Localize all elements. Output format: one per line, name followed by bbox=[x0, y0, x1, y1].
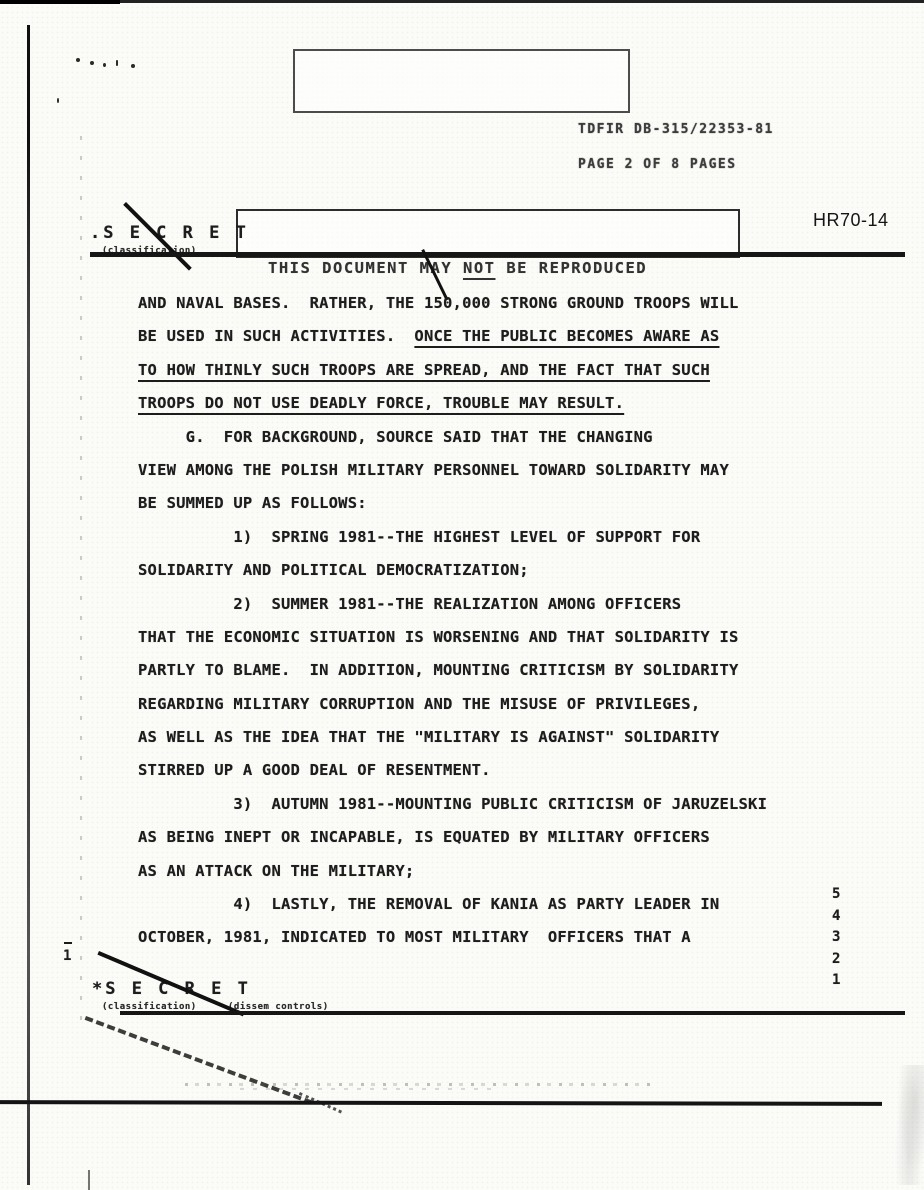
scan-noise-dot bbox=[131, 64, 135, 68]
document-line: AS BEING INEPT OR INCAPABLE, IS EQUATED … bbox=[138, 822, 838, 855]
scan-tick-bottom-left bbox=[88, 1170, 90, 1190]
text-segment: THIS DOCUMENT bbox=[268, 259, 420, 277]
scan-diagonal-streak bbox=[85, 1016, 313, 1104]
text-segment: 2) SUMMER 1981--THE REALIZATION AMONG OF… bbox=[138, 595, 681, 613]
text-segment: 3) AUTUMN 1981--MOUNTING PUBLIC CRITICIS… bbox=[138, 795, 767, 813]
scan-dotted-margin-line bbox=[80, 130, 82, 1020]
scan-top-edge-line bbox=[0, 0, 924, 3]
margin-number: 2 bbox=[832, 951, 840, 973]
document-line: VIEW AMONG THE POLISH MILITARY PERSONNEL… bbox=[138, 455, 838, 488]
text-segment: AS AN ATTACK ON THE MILITARY; bbox=[138, 862, 414, 880]
text-segment: AS BEING INEPT OR INCAPABLE, IS EQUATED … bbox=[138, 828, 710, 846]
text-segment: THAT THE ECONOMIC SITUATION IS WORSENING… bbox=[138, 628, 739, 646]
reproduction-notice: THIS DOCUMENT MAY NOT BE REPRODUCED bbox=[268, 259, 647, 277]
document-line: PARTLY TO BLAME. IN ADDITION, MOUNTING C… bbox=[138, 655, 838, 688]
text-segment: TROOPS DO NOT USE DEADLY FORCE, TROUBLE … bbox=[138, 394, 624, 412]
text-segment: SOLIDARITY AND POLITICAL DEMOCRATIZATION… bbox=[138, 561, 529, 579]
text-segment: 1) SPRING 1981--THE HIGHEST LEVEL OF SUP… bbox=[138, 528, 700, 546]
text-segment: REGARDING MILITARY CORRUPTION AND THE MI… bbox=[138, 695, 700, 713]
document-line: OCTOBER, 1981, INDICATED TO MOST MILITAR… bbox=[138, 922, 838, 955]
document-line: 1) SPRING 1981--THE HIGHEST LEVEL OF SUP… bbox=[138, 522, 838, 555]
document-line: G. FOR BACKGROUND, SOURCE SAID THAT THE … bbox=[138, 422, 838, 455]
document-line: BE USED IN SUCH ACTIVITIES. ONCE THE PUB… bbox=[138, 321, 838, 354]
document-line: 4) LASTLY, THE REMOVAL OF KANIA AS PARTY… bbox=[138, 889, 838, 922]
scan-noise-dot bbox=[76, 58, 80, 62]
document-line: AND NAVAL BASES. RATHER, THE 150,000 STR… bbox=[138, 288, 838, 321]
hr-release-annotation: HR70-14 bbox=[813, 210, 889, 231]
right-margin-line-numbers: 54321 bbox=[832, 886, 840, 994]
scan-top-edge-dark-segment bbox=[0, 0, 120, 4]
document-line: SOLIDARITY AND POLITICAL DEMOCRATIZATION… bbox=[138, 555, 838, 588]
document-line: THAT THE ECONOMIC SITUATION IS WORSENING… bbox=[138, 622, 838, 655]
footer-page-mark-bar bbox=[64, 942, 72, 944]
illegible-smudge-text-2 bbox=[240, 1088, 500, 1090]
illegible-smudge-text bbox=[185, 1083, 655, 1086]
text-segment: BE USED IN SUCH ACTIVITIES. bbox=[138, 327, 414, 345]
page-count-label: PAGE 2 OF 8 PAGES bbox=[578, 157, 737, 172]
document-body: AND NAVAL BASES. RATHER, THE 150,000 STR… bbox=[138, 288, 838, 956]
footer-divider-rule bbox=[120, 1011, 905, 1015]
document-line: TROOPS DO NOT USE DEADLY FORCE, TROUBLE … bbox=[138, 388, 838, 421]
document-line: 2) SUMMER 1981--THE REALIZATION AMONG OF… bbox=[138, 589, 838, 622]
text-segment: ONCE THE PUBLIC BECOMES AWARE AS bbox=[414, 327, 719, 345]
text-segment: VIEW AMONG THE POLISH MILITARY PERSONNEL… bbox=[138, 461, 729, 479]
text-segment: NOT bbox=[463, 259, 496, 277]
margin-number: 4 bbox=[832, 908, 840, 930]
document-line: AS WELL AS THE IDEA THAT THE "MILITARY I… bbox=[138, 722, 838, 755]
text-segment: G. FOR BACKGROUND, SOURCE SAID THAT THE … bbox=[138, 428, 653, 446]
margin-number: 1 bbox=[832, 972, 840, 994]
redaction-box-top bbox=[293, 49, 630, 113]
text-segment: STIRRED UP A GOOD DEAL OF RESENTMENT. bbox=[138, 761, 491, 779]
text-segment: AND NAVAL BASES. RATHER, THE 150,000 STR… bbox=[138, 294, 739, 312]
text-segment: TO HOW THINLY SUCH TROOPS ARE SPREAD, AN… bbox=[138, 361, 710, 379]
scan-noise-dot bbox=[90, 61, 94, 65]
margin-number: 5 bbox=[832, 886, 840, 908]
header-divider-rule bbox=[90, 252, 905, 257]
classification-stamp-top: .S E C R E T bbox=[90, 223, 249, 243]
document-line: STIRRED UP A GOOD DEAL OF RESENTMENT. bbox=[138, 755, 838, 788]
scan-noise-bottom-right bbox=[894, 1065, 924, 1185]
document-line: REGARDING MILITARY CORRUPTION AND THE MI… bbox=[138, 689, 838, 722]
redaction-box-header bbox=[236, 209, 740, 258]
scan-noise-dot bbox=[57, 98, 59, 103]
document-line: TO HOW THINLY SUCH TROOPS ARE SPREAD, AN… bbox=[138, 355, 838, 388]
bottom-page-rule bbox=[0, 1100, 882, 1106]
text-segment: 4) LASTLY, THE REMOVAL OF KANIA AS PARTY… bbox=[138, 895, 719, 913]
text-segment: OCTOBER, 1981, INDICATED TO MOST MILITAR… bbox=[138, 928, 691, 946]
scan-noise-dot bbox=[116, 60, 118, 66]
scan-noise-dot bbox=[103, 63, 106, 67]
footer-page-mark: 1 bbox=[63, 948, 71, 964]
text-segment: AS WELL AS THE IDEA THAT THE "MILITARY I… bbox=[138, 728, 719, 746]
document-line: AS AN ATTACK ON THE MILITARY; bbox=[138, 856, 838, 889]
text-segment: BE SUMMED UP AS FOLLOWS: bbox=[138, 494, 367, 512]
scan-left-binding-line bbox=[27, 25, 30, 1185]
document-line: 3) AUTUMN 1981--MOUNTING PUBLIC CRITICIS… bbox=[138, 789, 838, 822]
margin-number: 3 bbox=[832, 929, 840, 951]
document-line: BE SUMMED UP AS FOLLOWS: bbox=[138, 488, 838, 521]
document-reference-number: TDFIR DB-315/22353-81 bbox=[578, 122, 774, 137]
text-segment: BE REPRODUCED bbox=[495, 259, 647, 277]
text-segment: PARTLY TO BLAME. IN ADDITION, MOUNTING C… bbox=[138, 661, 739, 679]
